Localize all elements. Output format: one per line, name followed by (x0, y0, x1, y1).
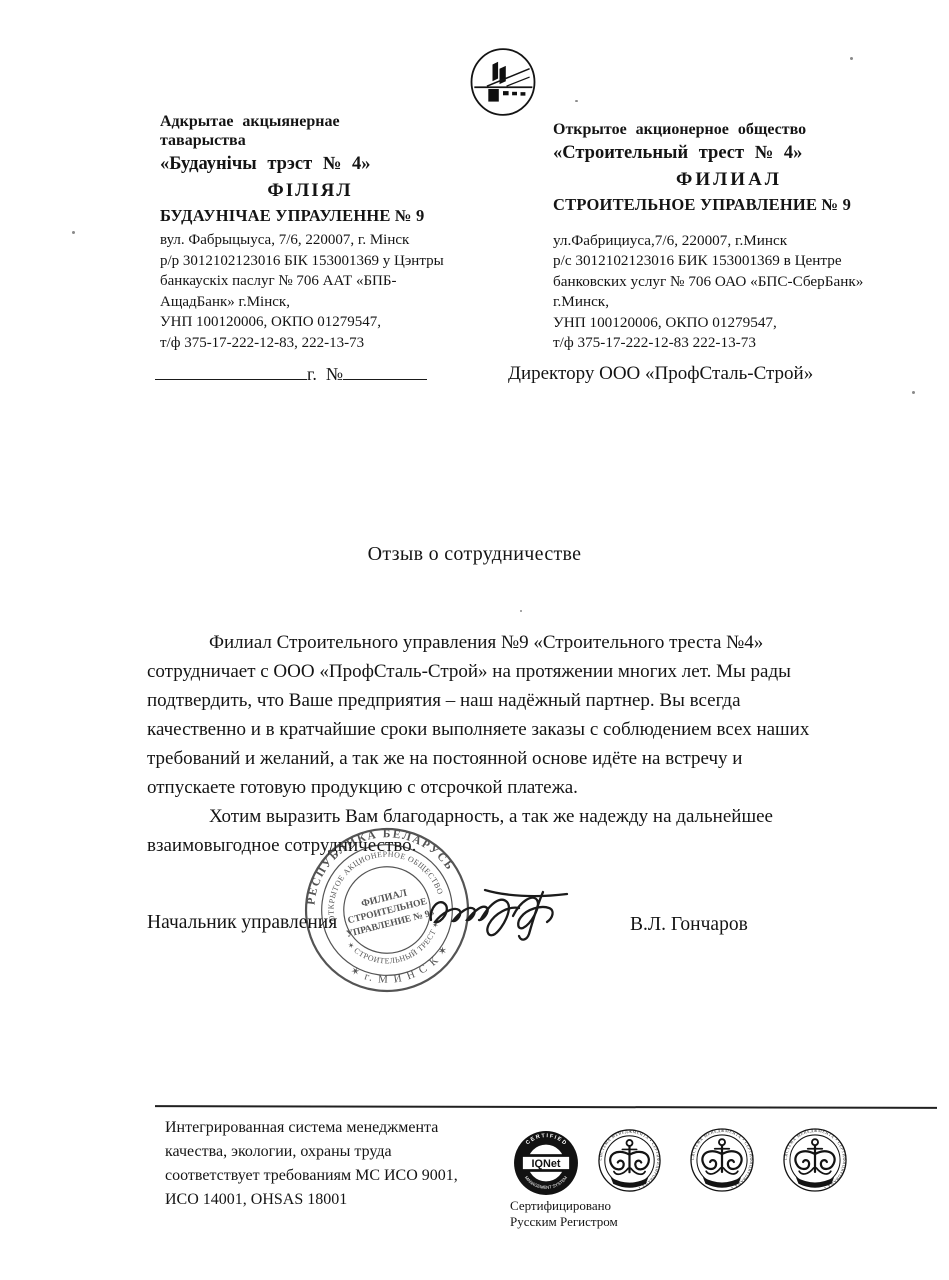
footer-certification-text: Интегрированная система менеджмента каче… (165, 1116, 495, 1212)
footer-text-line: качества, экологии, охраны труда (165, 1140, 495, 1164)
body-line: взаимовыгодное сотрудничество. (147, 831, 907, 860)
org-type-line: Открытое акционерное общество (553, 121, 905, 140)
body-line: Хотим выразить Вам благодарность, а так … (147, 802, 907, 831)
bank-account-line: р/р 3012102123016 БІК 153001369 у Цэнтры (160, 251, 460, 272)
letter-body: Филиал Строительного управления №9 «Стро… (147, 628, 907, 860)
footer-divider (155, 1105, 937, 1109)
body-line: требований и желаний, а так же на постоя… (147, 744, 907, 773)
address-line: вул. Фабрыцыуса, 7/6, 220007, г. Мінск (160, 230, 460, 251)
footer-text-line: соответствует требованиям МС ИСО 9001, (165, 1164, 495, 1188)
org-type-line: таварыства (160, 132, 460, 151)
body-line: качественно и в кратчайшие сроки выполня… (147, 715, 907, 744)
footer-text-line: Интегрированная система менеджмента (165, 1116, 495, 1140)
footer-text-line: ИСО 14001, OHSAS 18001 (165, 1188, 495, 1212)
signer-position-title: Начальник управления (147, 912, 337, 934)
contact-details: ул.Фабрициуса,7/6, 220007, г.Минск р/с 3… (553, 231, 905, 354)
branch-label: ФІЛІЯЛ (160, 180, 460, 202)
signer-name: В.Л. Гончаров (630, 914, 748, 936)
registration-line: УНП 100120006, ОКПО 01279547, (553, 313, 905, 334)
letterhead-left: Адкрытае акцыянернае таварыства «Будауні… (160, 113, 460, 353)
reference-line: г. № (155, 363, 427, 385)
body-line: отпускаете готовую продукцию с отсрочкой… (147, 773, 907, 802)
letter-title: Отзыв о сотрудничестве (0, 543, 949, 566)
number-blank-line (343, 363, 427, 380)
scan-speck (72, 231, 75, 234)
letterhead-right: Открытое акционерное общество «Строитель… (553, 121, 905, 354)
bank-line: банковских услуг № 706 ОАО «БПС-СберБанк… (553, 272, 905, 293)
branch-label: ФИЛИАЛ (553, 169, 905, 191)
bank-line: г.Минск, (553, 292, 905, 313)
handwritten-signature-icon (425, 872, 585, 947)
iqnet-label: IQNet (531, 1158, 560, 1170)
trust-name: «Будаунічы трэст № 4» (160, 154, 460, 176)
certification-seal-icon (597, 1128, 662, 1193)
bank-line: банкаускіх паслуг № 706 ААТ «БПБ- (160, 271, 460, 292)
registration-line: УНП 100120006, ОКПО 01279547, (160, 312, 460, 333)
body-line: Филиал Строительного управления №9 «Стро… (147, 628, 907, 657)
iqnet-caption-line: Сертифицировано (510, 1198, 618, 1214)
contact-details: вул. Фабрыцыуса, 7/6, 220007, г. Мінск р… (160, 230, 460, 353)
trust-name: «Строительный трест № 4» (553, 143, 905, 165)
scan-speck (520, 610, 522, 612)
date-suffix: г. (307, 364, 317, 384)
org-type-line: Адкрытае акцыянернае (160, 113, 460, 132)
certification-seal-icon (782, 1127, 848, 1193)
division-name: СТРОИТЕЛЬНОЕ УПРАВЛЕНИЕ № 9 (553, 195, 905, 214)
addressee: Директору ООО «ПрофСталь-Строй» (508, 363, 813, 385)
bank-line: АщадБанк» г.Мінск, (160, 292, 460, 313)
construction-trust-emblem-icon (468, 44, 538, 120)
number-sign: № (326, 364, 343, 384)
phone-line: т/ф 375-17-222-12-83, 222-13-73 (160, 333, 460, 354)
bank-account-line: р/с 3012102123016 БИК 153001369 в Центре (553, 251, 905, 272)
iqnet-caption: Сертифицировано Русским Регистром (510, 1198, 618, 1230)
division-name: БУДАУНІЧАЕ УПРАУЛЕННЕ № 9 (160, 206, 460, 225)
date-blank-line (155, 363, 307, 380)
body-line: подтвердить, что Ваше предприятия – наш … (147, 686, 907, 715)
scan-speck (912, 391, 915, 394)
iqnet-badge-icon: C E R T I F I E D MANAGEMENT SYSTEM IQNe… (512, 1129, 580, 1197)
address-line: ул.Фабрициуса,7/6, 220007, г.Минск (553, 231, 905, 252)
certification-seal-icon (689, 1127, 755, 1193)
phone-line: т/ф 375-17-222-12-83 222-13-73 (553, 333, 905, 354)
iqnet-caption-line: Русским Регистром (510, 1214, 618, 1230)
scan-speck (850, 57, 853, 60)
body-line: сотрудничает с ООО «ПрофСталь-Строй» на … (147, 657, 907, 686)
letter-page: Адкрытае акцыянернае таварыства «Будауні… (0, 0, 949, 1280)
scan-speck (575, 100, 578, 102)
